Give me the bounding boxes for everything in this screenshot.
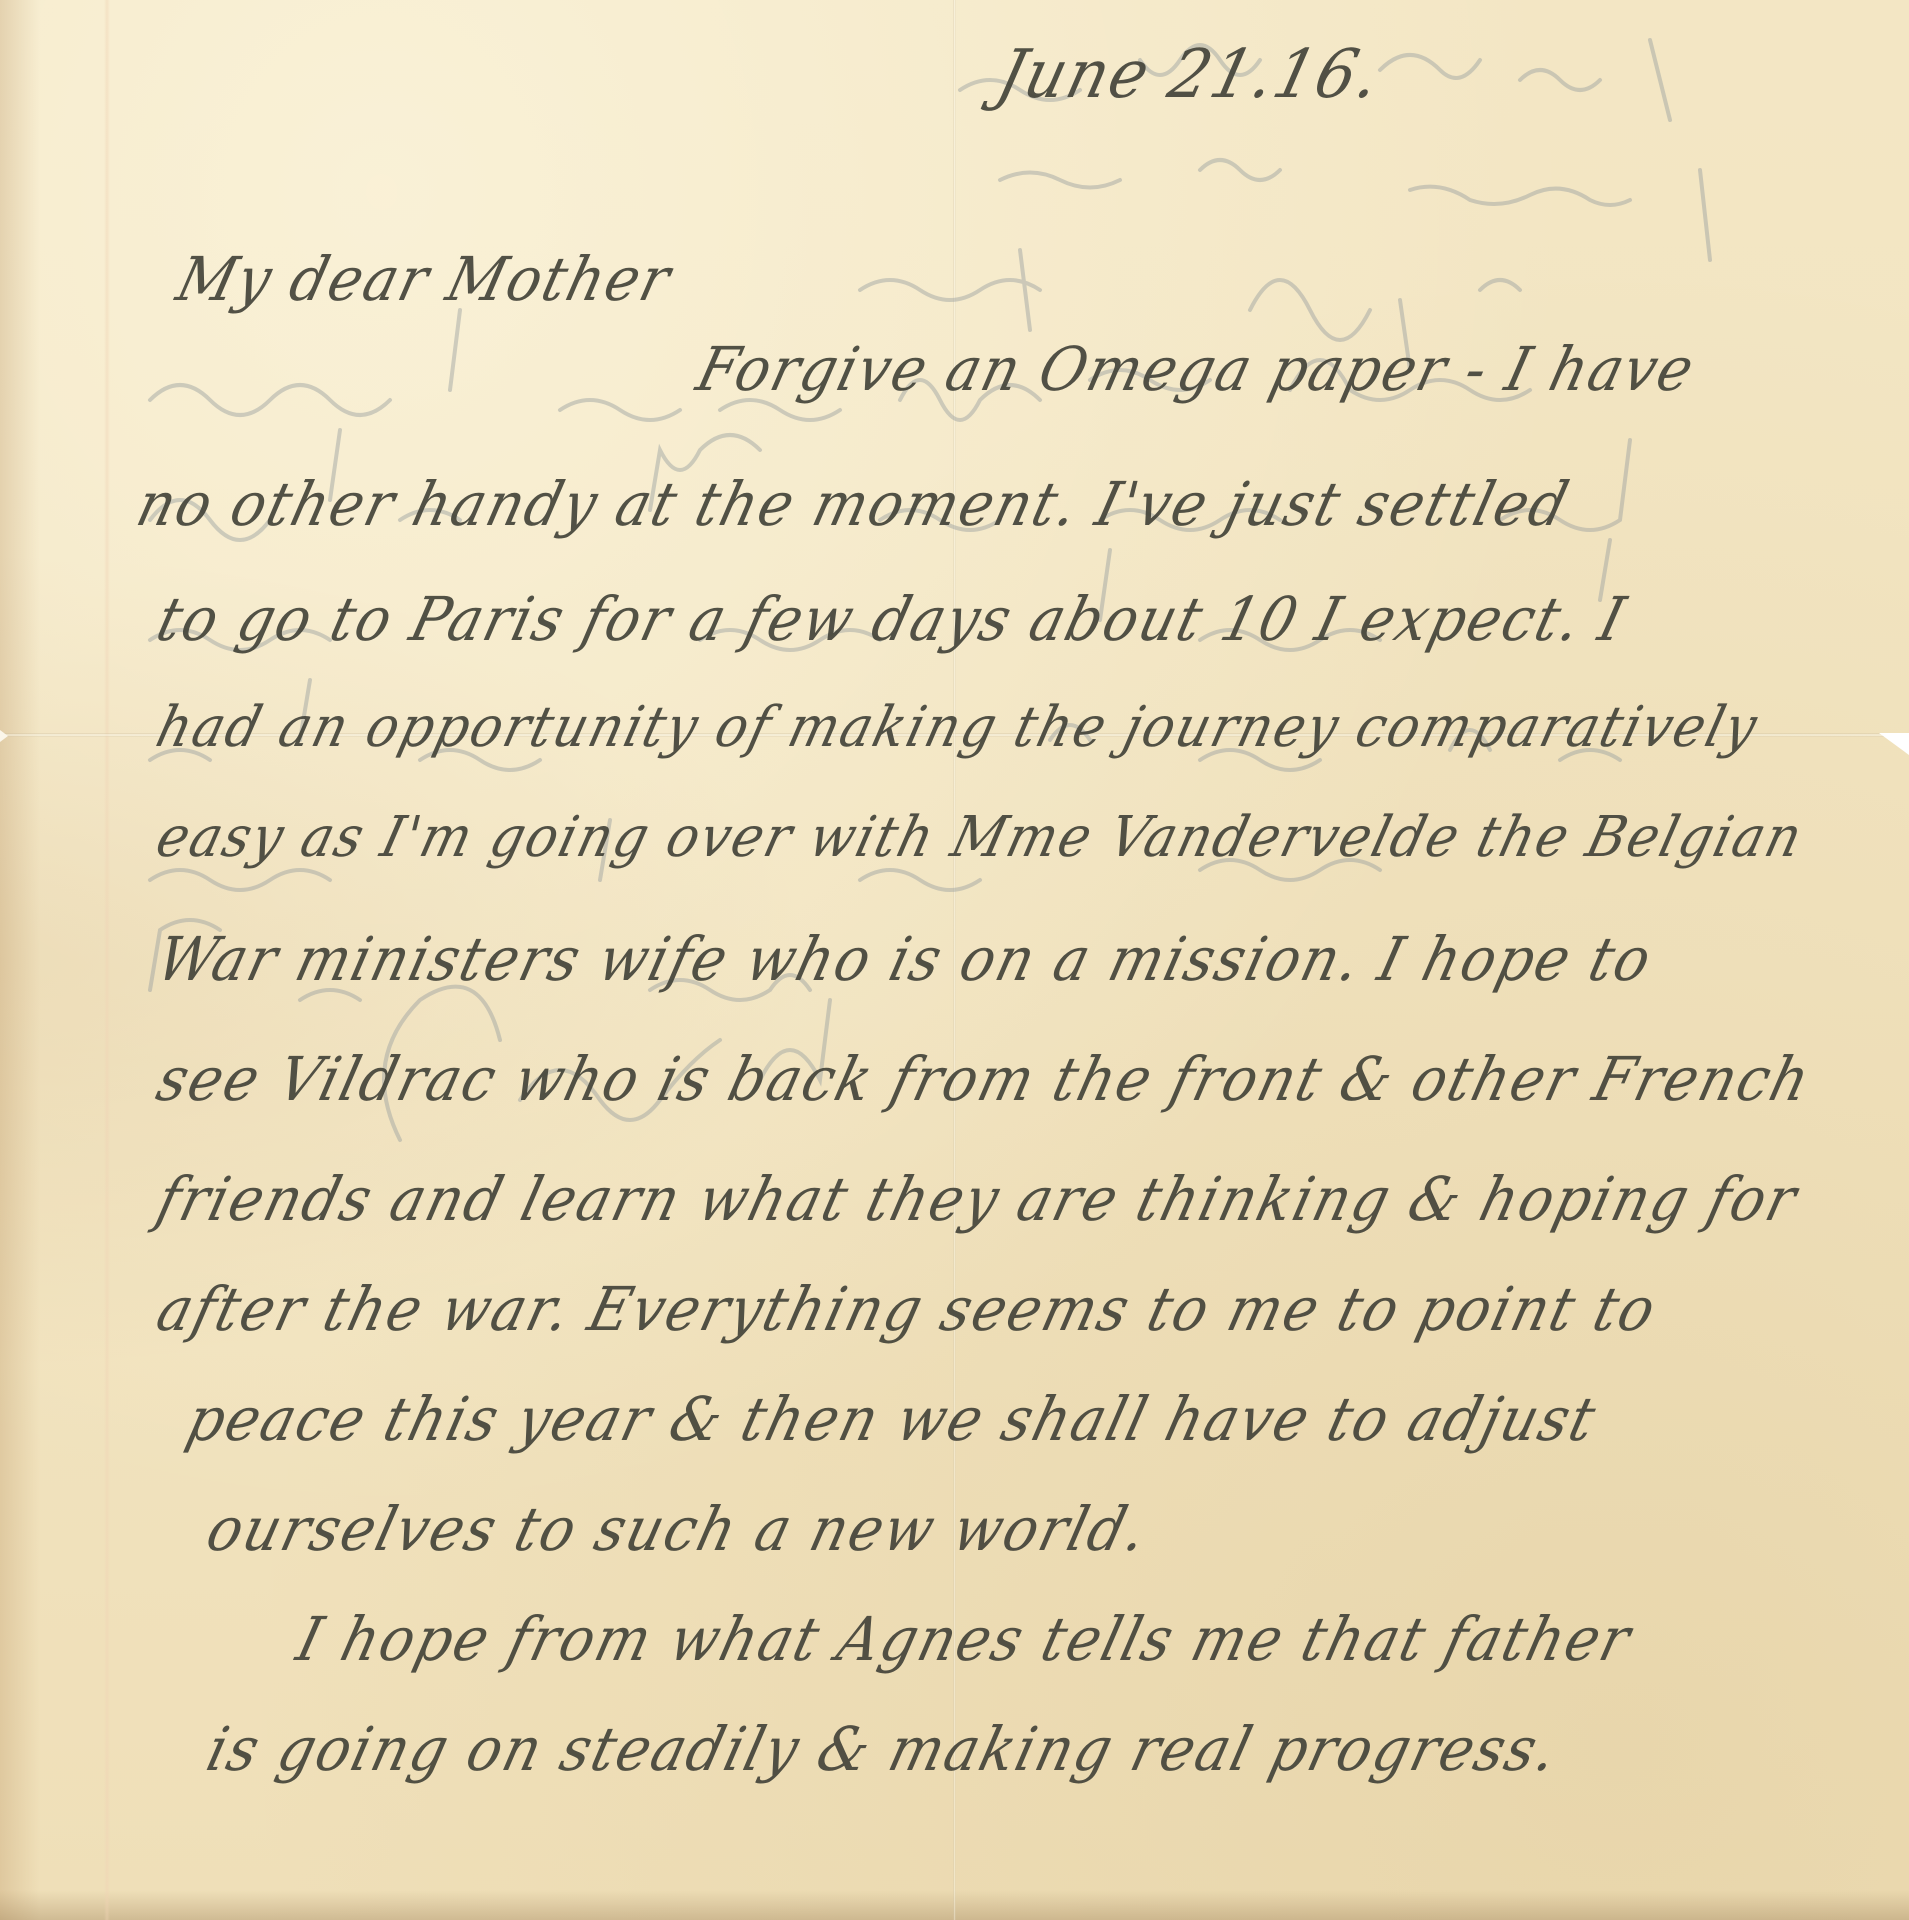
stain-left-edge (0, 0, 40, 1920)
letter-line: Forgive an Omega paper - I have (690, 335, 1702, 405)
letter-line: no other handy at the moment. I've just … (130, 470, 1577, 540)
letter-line: War ministers wife who is on a mission. … (150, 925, 1660, 995)
letter-line: after the war. Everything seems to me to… (150, 1275, 1664, 1345)
letter-line: easy as I'm going over with Mme Vanderve… (150, 805, 1810, 870)
letter-line: had an opportunity of making the journey… (150, 695, 1765, 760)
torn-notch-right (1879, 733, 1909, 755)
letter-salutation: My dear Mother (170, 245, 679, 315)
letter-line: is going on steadily & making real progr… (200, 1715, 1566, 1785)
letter-line: see Vildrac who is back from the front &… (150, 1045, 1818, 1115)
letter-line: peace this year & then we shall have to … (180, 1385, 1604, 1455)
margin-crease (104, 0, 110, 1920)
letter-line: to go to Paris for a few days about 10 I… (150, 585, 1633, 655)
letter-line: friends and learn what they are thinking… (150, 1165, 1805, 1235)
letter-line: I hope from what Agnes tells me that fat… (290, 1605, 1639, 1675)
letter-line: ourselves to such a new world. (200, 1495, 1155, 1565)
letter-page: June 21.16. My dear Mother Forgive an Om… (0, 0, 1909, 1920)
letter-date: June 21.16. (990, 34, 1390, 113)
